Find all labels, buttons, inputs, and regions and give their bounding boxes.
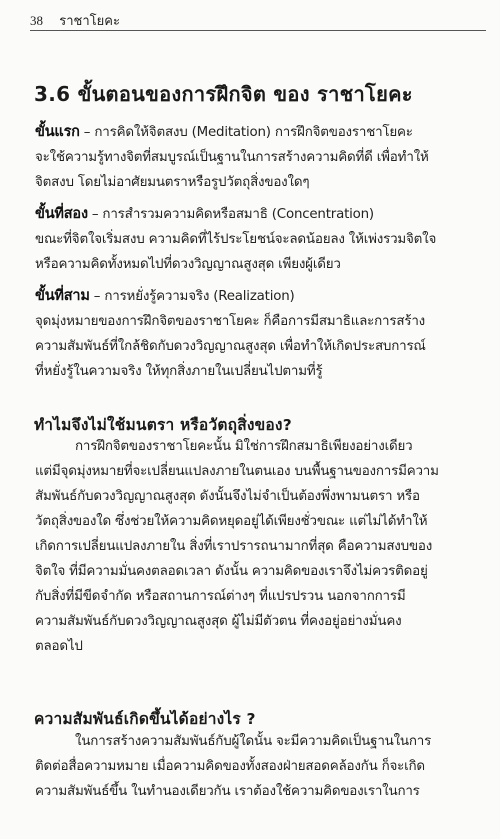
section-3-body: ในการสร้างความสัมพันธ์กับผู้ใดนั้น จะมีค…	[35, 729, 487, 804]
subheading-how-relationship: ความสัมพันธ์เกิดขึ้นได้อย่างไร ?	[34, 706, 494, 731]
paragraph-line: ความสัมพันธ์ที่ใกล้ชิดกับดวงวิญญาณสูงสุด…	[35, 334, 487, 359]
paragraph-line: ขณะที่จิตใจเริ่มสงบ ความคิดที่ไร้ประโยชน…	[35, 227, 487, 252]
paragraph-line: ตลอดไป	[35, 634, 487, 659]
step-2: ขั้นที่สอง – การสำรวมความคิดหรือสมาธิ (C…	[35, 202, 487, 277]
step-heading-text: – การคิดให้จิตสงบ (Meditation) การฝึกจิต…	[80, 125, 413, 140]
step-label: ขั้นแรก	[35, 124, 80, 140]
step-label: ขั้นที่สอง	[35, 206, 88, 222]
step-1: ขั้นแรก – การคิดให้จิตสงบ (Meditation) ก…	[35, 120, 487, 195]
step-label: ขั้นที่สาม	[35, 288, 90, 304]
paragraph-line: จุดมุ่งหมายของการฝึกจิตของราชาโยคะ ก็คือ…	[35, 309, 487, 334]
paragraph-line: กับสิ่งที่มีขีดจำกัด หรือสถานการณ์ต่างๆ …	[35, 584, 487, 609]
paragraph-line: ความสัมพันธ์ขึ้น ในทำนองเดียวกัน เราต้อง…	[35, 779, 487, 804]
paragraph-line: ติดต่อสื่อความหมาย เมื่อความคิดของทั้งสอ…	[35, 754, 487, 779]
paragraph-line: หรือความคิดทั้งหมดไปที่ดวงวิญญาณสูงสุด เ…	[35, 252, 487, 277]
page-header: 38 ราชาโยคะ	[30, 10, 488, 31]
section-2-body: การฝึกจิตของราชาโยคะนั้น มิใช่การฝึกสมาธ…	[35, 434, 487, 659]
paragraph-line: การฝึกจิตของราชาโยคะนั้น มิใช่การฝึกสมาธ…	[35, 434, 487, 459]
paragraph-line: วัตถุสิ่งของใด ซึ่งช่วยให้ความคิดหยุดอยู…	[35, 509, 487, 534]
paragraph-line: แต่มีจุดมุ่งหมายที่จะเปลี่ยนแปลงภายในตนเ…	[35, 459, 487, 484]
step-heading: ขั้นที่สอง – การสำรวมความคิดหรือสมาธิ (C…	[35, 202, 487, 227]
paragraph-line: ในการสร้างความสัมพันธ์กับผู้ใดนั้น จะมีค…	[35, 729, 487, 754]
section-title: 3.6 ขั้นตอนของการฝึกจิต ของ ราชาโยคะ	[34, 78, 494, 110]
paragraph-line: สัมพันธ์กับดวงวิญญาณสูงสุด ดังนั้นจึงไม่…	[35, 484, 487, 509]
paragraph-line: จิตใจ ที่มีความมั่นคงตลอดเวลา ดังนั้น คว…	[35, 559, 487, 584]
paragraph-line: จิตสงบ โดยไม่อาศัยมนตราหรือรูปวัตถุสิ่งข…	[35, 170, 487, 195]
header-rule	[30, 30, 486, 31]
paragraph-line: ที่หยั่งรู้ในความจริง ให้ทุกสิ่งภายในเปล…	[35, 359, 487, 384]
step-3: ขั้นที่สาม – การหยั่งรู้ความจริง (Realiz…	[35, 284, 487, 384]
step-heading-text: – การหยั่งรู้ความจริง (Realization)	[90, 289, 295, 304]
running-title: ราชาโยคะ	[59, 13, 120, 28]
step-heading: ขั้นแรก – การคิดให้จิตสงบ (Meditation) ก…	[35, 120, 487, 145]
paragraph-line: เกิดการเปลี่ยนแปลงภายใน สิ่งที่เราปรารถน…	[35, 534, 487, 559]
step-heading: ขั้นที่สาม – การหยั่งรู้ความจริง (Realiz…	[35, 284, 487, 309]
paragraph-line: จะใช้ความรู้ทางจิตที่สมบูรณ์เป็นฐานในการ…	[35, 145, 487, 170]
page-number: 38	[30, 13, 56, 29]
paragraph-line: ความสัมพันธ์กับดวงวิญญาณสูงสุด ผู้ไม่มีต…	[35, 609, 487, 634]
step-heading-text: – การสำรวมความคิดหรือสมาธิ (Concentratio…	[88, 207, 374, 222]
